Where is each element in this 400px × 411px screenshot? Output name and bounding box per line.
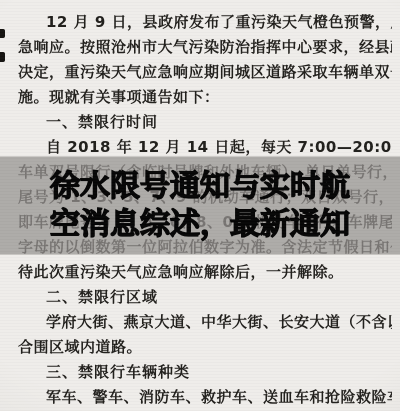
notice-line: 合围区域内道路。: [18, 335, 392, 360]
notice-line: 施。现就有关事项通告如下：: [18, 85, 392, 110]
notice-line: 军车、警车、消防车、救护车、送血车和抢险救险车；公共: [18, 385, 392, 410]
notice-line: 决定，重污染天气应急响应期间城区道路采取车辆单双号限行措: [18, 60, 392, 85]
headline-title: 徐水限号通知与实时航 空消息综述，最新通知: [0, 157, 400, 254]
notice-line: 一、禁限行时间: [18, 110, 392, 135]
scanned-notice-page: 12 月 9 日，县政府发布了重污染天气橙色预警，启动二级应急响应。按照沧州市大…: [0, 0, 400, 411]
headline-band: 徐水限号通知与实时航 空消息综述，最新通知: [0, 157, 400, 254]
notice-line: 三、禁限行车辆种类: [18, 360, 392, 385]
headline-line-2: 空消息综述，最新通知: [50, 206, 350, 244]
notice-line: 学府大街、燕京大道、中华大街、长安大道（不含以上道路）: [18, 310, 392, 335]
notice-line: 急响应。按照沧州市大气污染防治指挥中心要求，经县政府研究: [18, 35, 392, 60]
scan-artifact-mark: [0, 29, 5, 38]
scan-artifact-mark: [0, 52, 5, 62]
notice-line: 待此次重污染天气应急响应解除后，一并解除。: [18, 260, 392, 285]
notice-line: 12 月 9 日，县政府发布了重污染天气橙色预警，启动二级应: [18, 10, 392, 35]
notice-line: 二、禁限行区域: [18, 285, 392, 310]
headline-line-1: 徐水限号通知与实时航: [50, 168, 350, 206]
